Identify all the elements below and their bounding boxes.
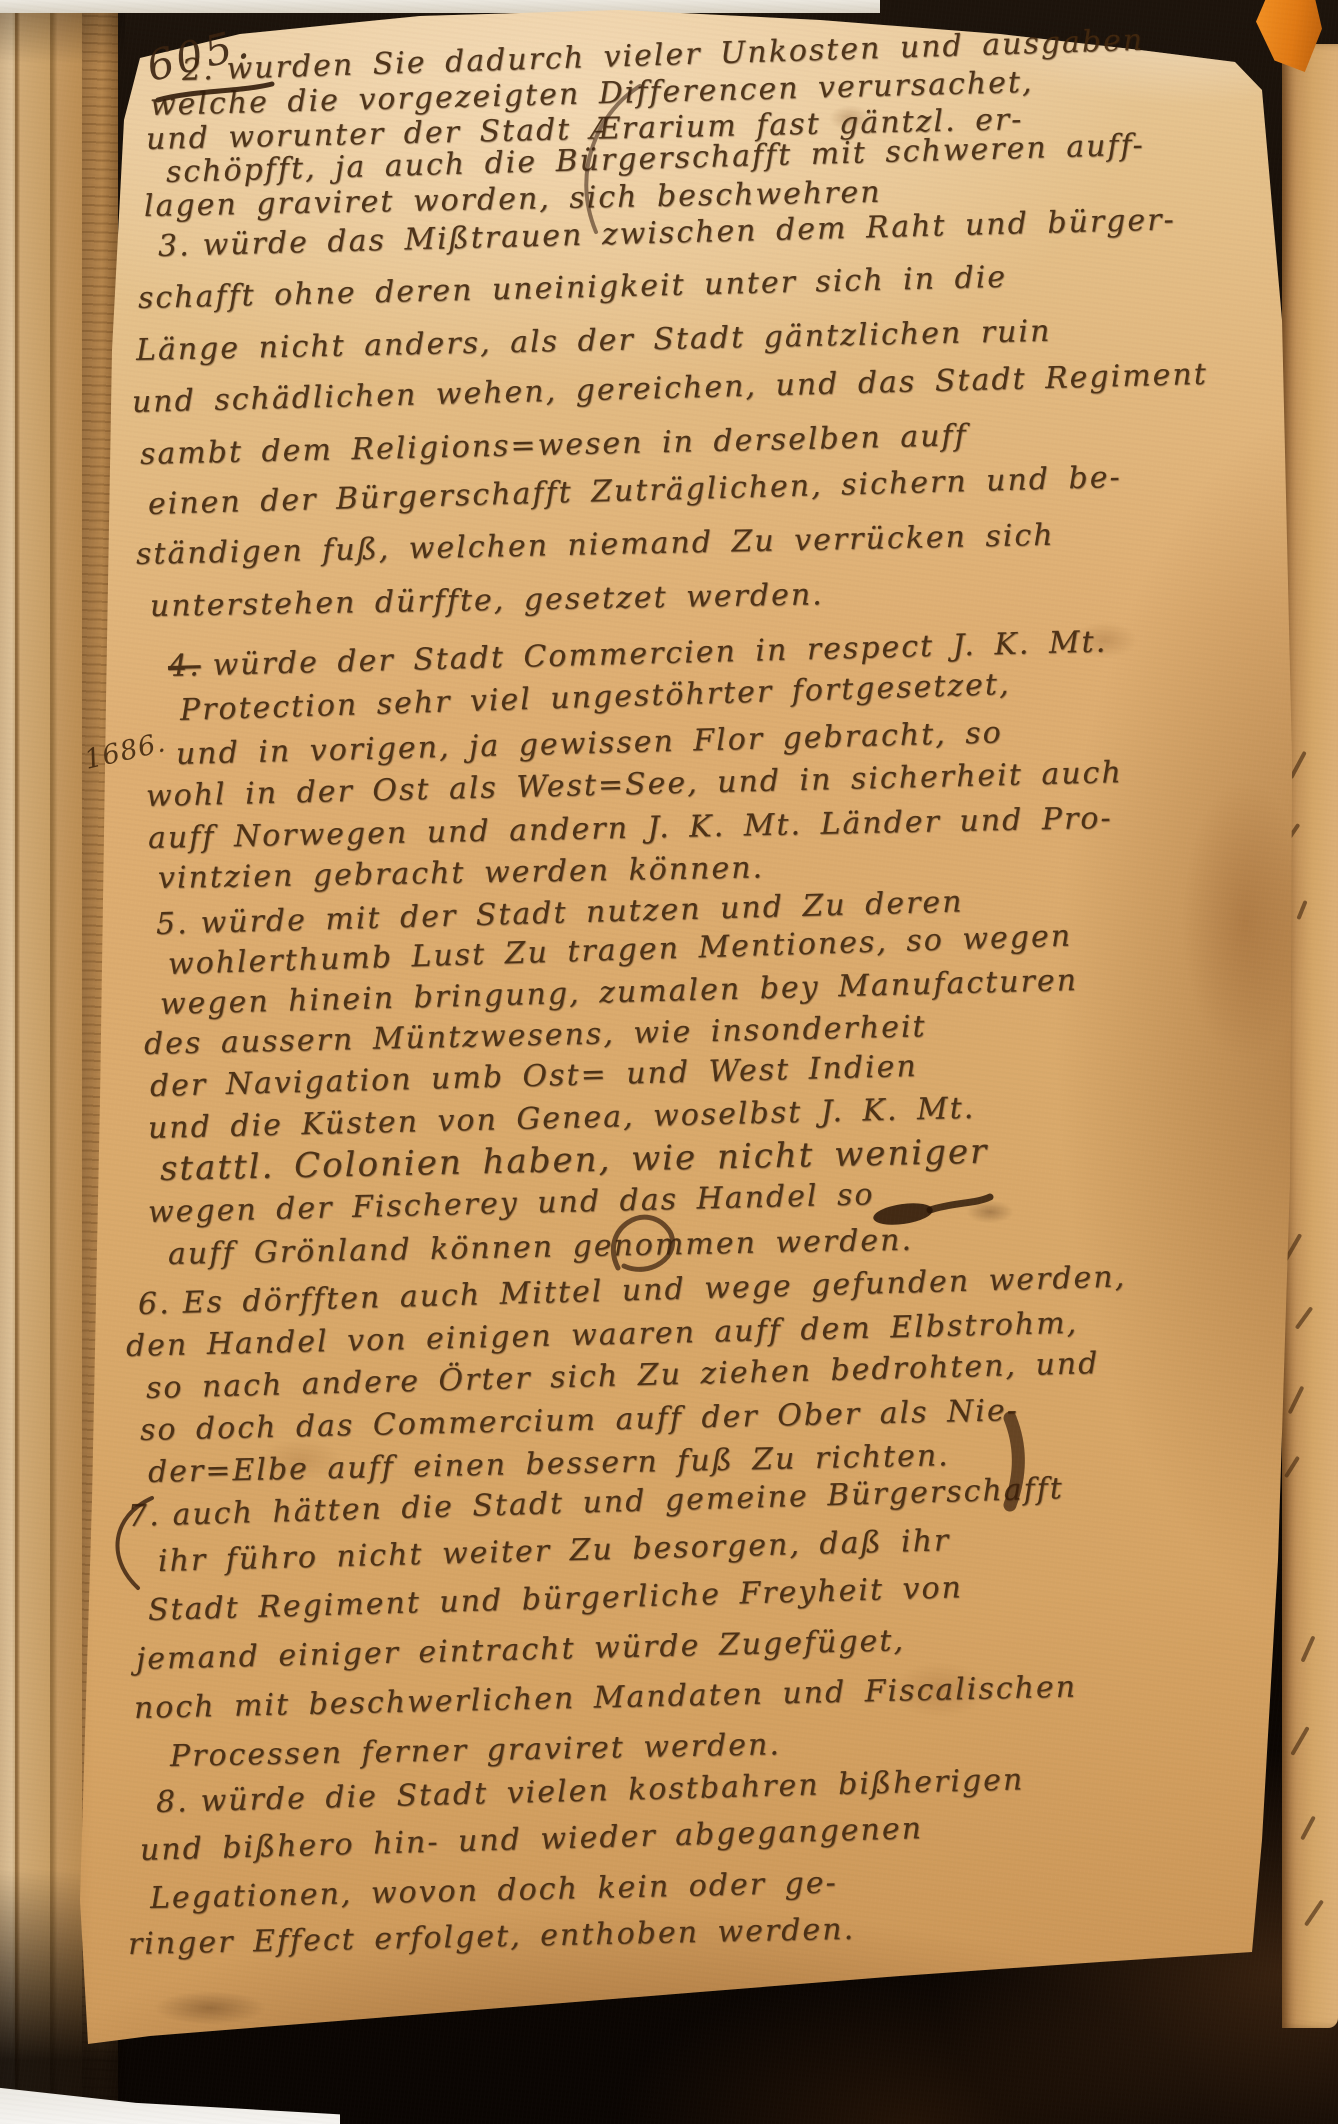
paragraph-number-struck: 4. [168,648,202,684]
manuscript-text: 2.wurden Sie dadurch vieler Unkosten und… [0,0,1338,2124]
paragraph-number: 7. [127,1498,161,1534]
manuscript-line: jemand einiger eintracht würde Zugefüget… [136,1626,906,1675]
manuscript-line: Legationen, wovon doch kein oder ge- [150,1868,838,1914]
manuscript-line: Processen ferner graviret werden. [170,1730,781,1772]
manuscript-line: schafft ohne deren uneinigkeit unter sic… [138,263,1008,314]
manuscript-line: Stadt Regiment und bürgerliche Freyheit … [148,1573,964,1626]
manuscript-line: sambt dem Religions=wesen in derselben a… [140,421,968,470]
manuscript-line: unterstehen dürffte, gesetzet werden. [150,580,824,622]
manuscript-line: wegen der Fischerey und das Handel so [148,1180,875,1228]
manuscript-line: einen der Bürgerschafft Zuträglichen, si… [148,463,1122,520]
manuscript-line: und bißhero hin- und wieder abgegangenen [140,1814,924,1866]
paragraph-number: 3. [158,228,192,264]
paragraph-number: 6. [137,1286,171,1322]
paragraph-number: 8. [156,1784,190,1820]
paragraph-number: 5. [155,906,189,942]
manuscript-line: auff Grönland können genommen werden. [168,1226,914,1270]
manuscript-line: noch mit beschwerlichen Mandaten und Fis… [134,1673,1078,1724]
manuscript-line: Länge nicht anders, als der Stadt gäntzl… [136,317,1052,366]
manuscript-photo: 605. 1686. 2.wurden Sie dadurch vieler U… [0,0,1338,2124]
paragraph-number: 2. [181,52,215,88]
manuscript-line: ringer Effect erfolget, enthoben werden. [128,1915,856,1960]
manuscript-line: und schädlichen wehen, gereichen, und da… [132,360,1209,418]
manuscript-line: vintzien gebracht werden können. [158,853,765,894]
manuscript-line: ständigen fuß, welchen niemand Zu verrüc… [136,521,1055,570]
manuscript-line: 8.würde die Stadt vielen kostbahren bißh… [156,1765,1025,1818]
manuscript-line: ihr führo nicht weiter Zu besorgen, daß … [158,1526,951,1577]
manuscript-line: auff Norwegen und andern J. K. Mt. Lände… [148,804,1113,854]
